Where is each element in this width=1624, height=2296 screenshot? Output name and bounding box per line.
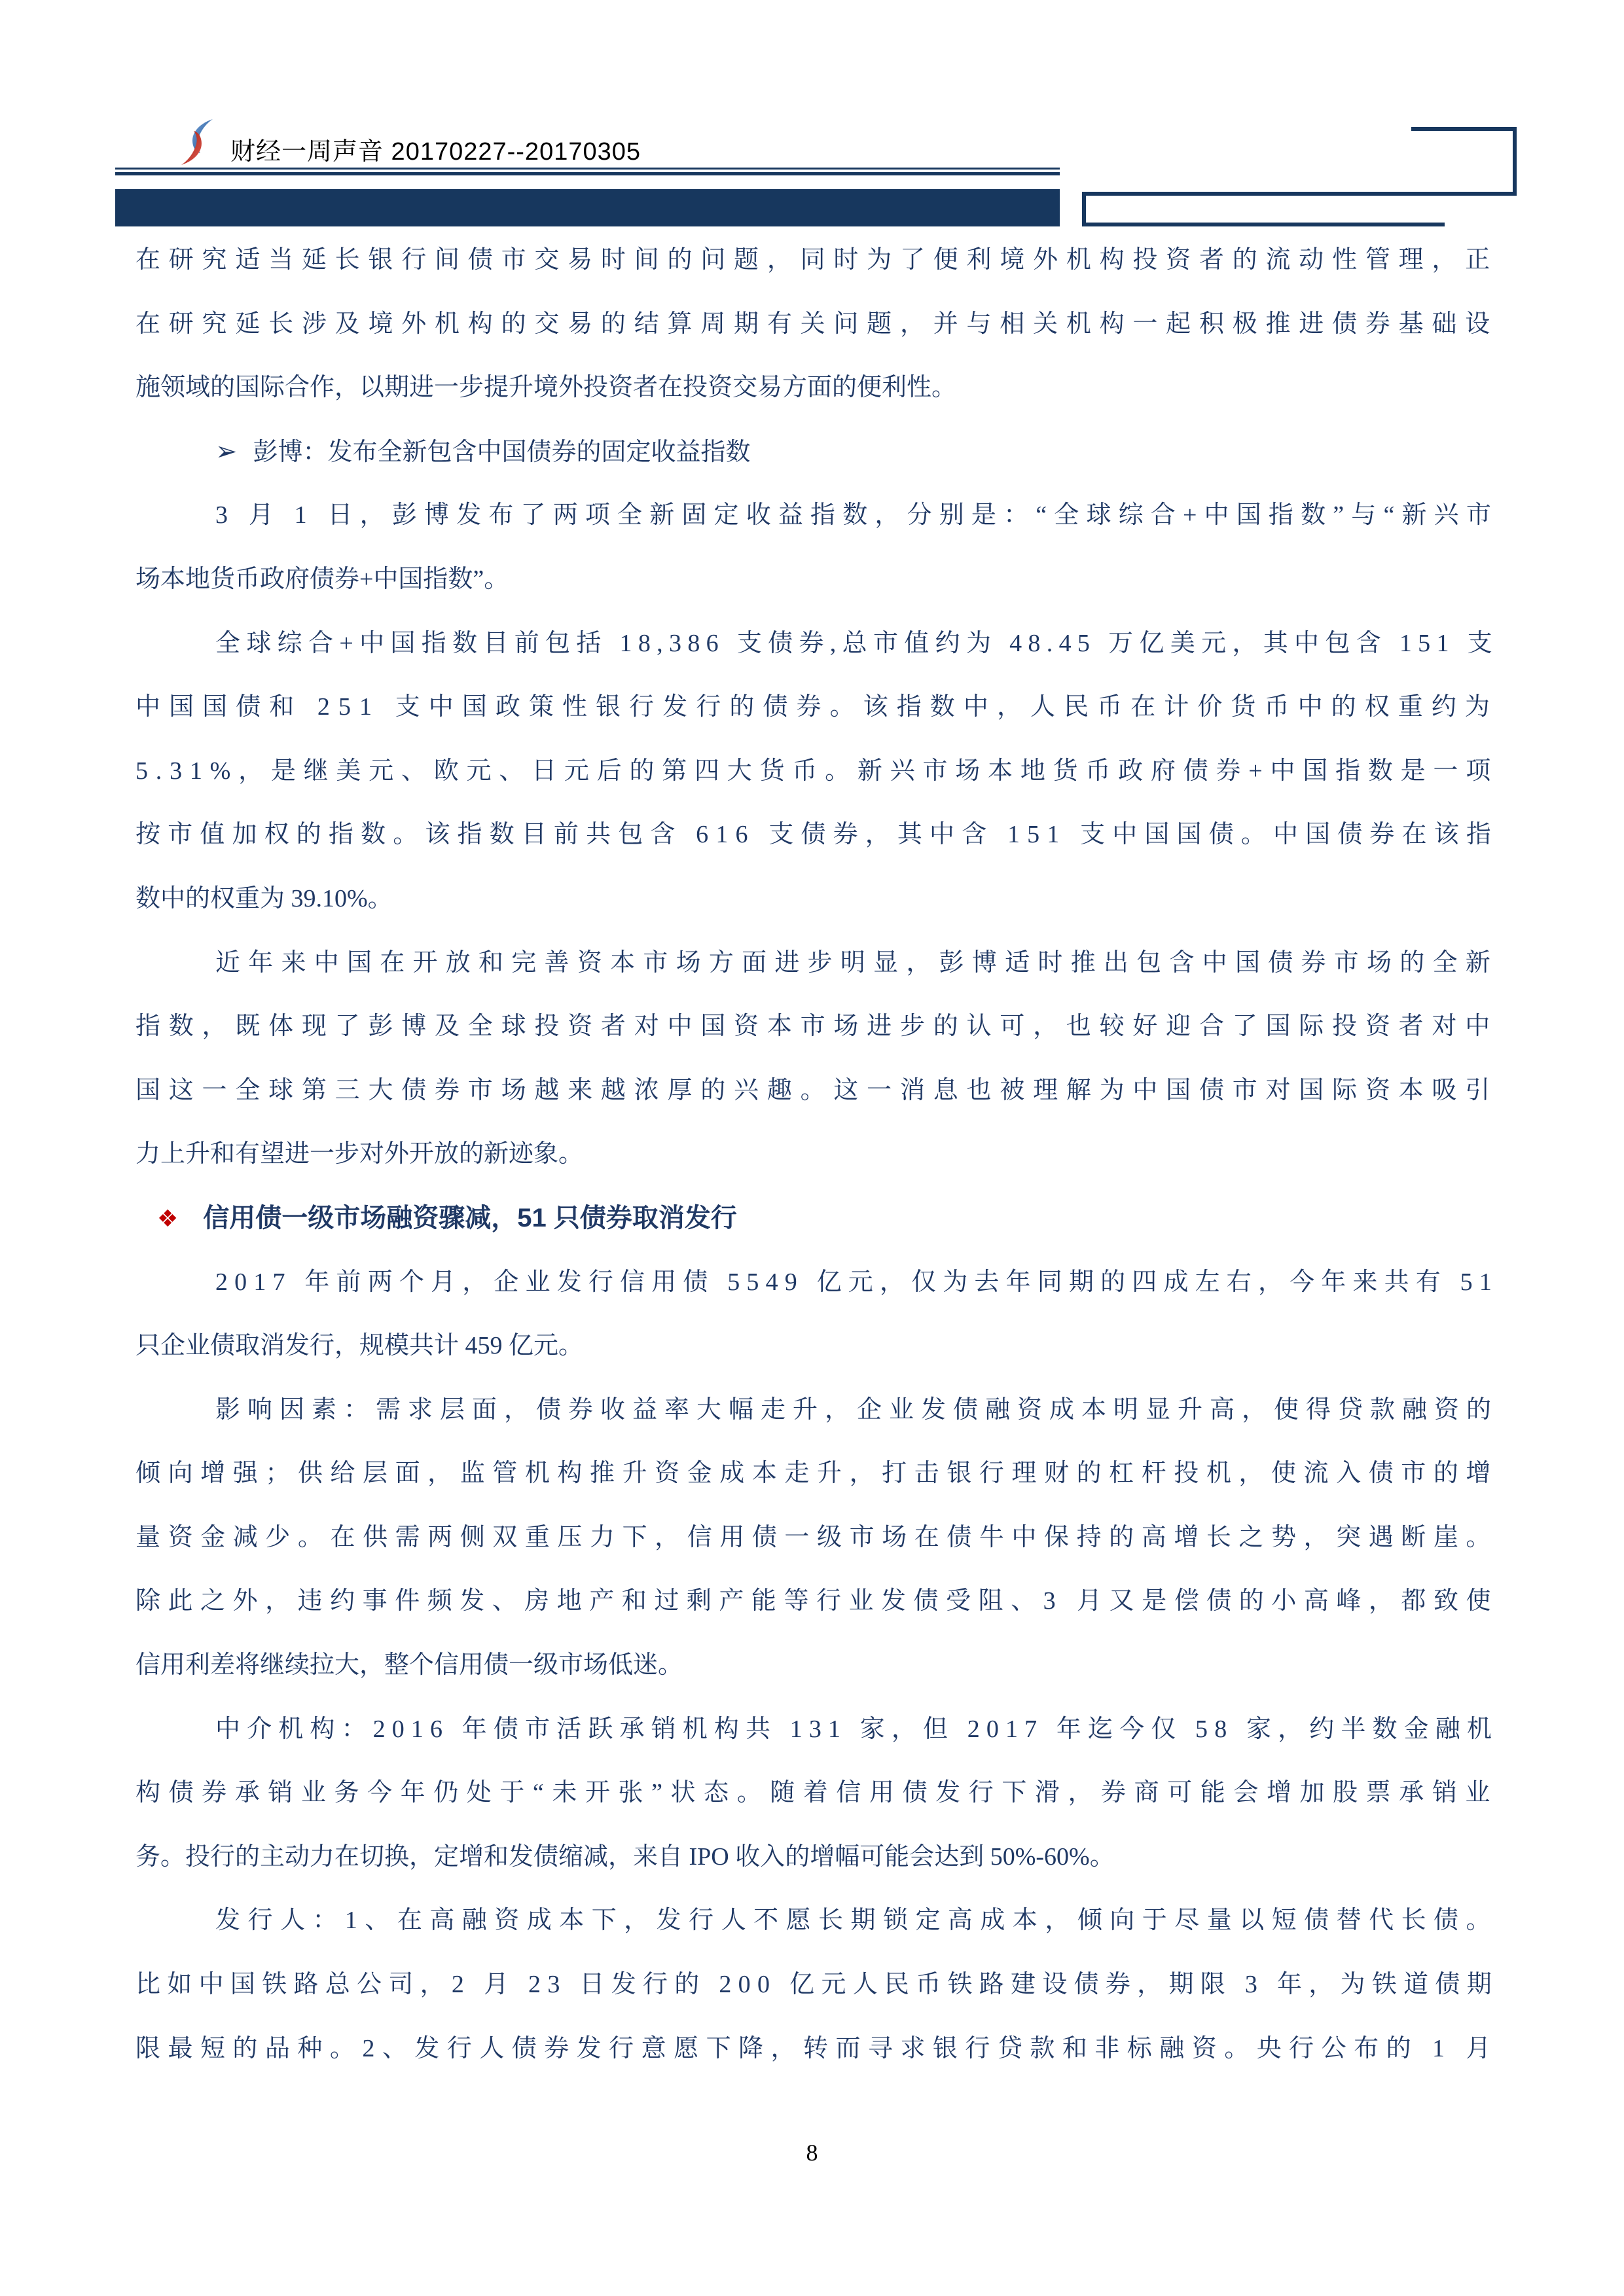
line-text: 施领域的国际合作，以期进一步提升境外投资者在投资交易方面的便利性。 <box>135 374 956 401</box>
line-text: 信用债一级市场融资骤减，51 只债券取消发行 <box>203 1204 737 1232</box>
body-text-line: 中国国债和 251 支中国政策性银行发行的债券。该指数中，人民币在计价货币中的权… <box>135 675 1498 740</box>
line-text: 在研究适当延长银行间债市交易时间的问题，同时为了便利境外机构投资者的流动性管理，… <box>135 246 1498 274</box>
body-text-line: 力上升和有望进一步对外开放的新迹象。 <box>135 1122 1498 1187</box>
line-text: 只企业债取消发行，规模共计 459 亿元。 <box>135 1332 583 1359</box>
body-text-line: 3 月 1 日，彭博发布了两项全新固定收益指数，分别是：“全球综合+中国指数”与… <box>135 484 1498 548</box>
line-text: 在研究延长涉及境外机构的交易的结算周期有关问题，并与相关机构一起积极推进债券基础… <box>135 310 1498 338</box>
line-text: 全球综合+中国指数目前包括 18,386 支债券,总市值约为 48.45 万亿美… <box>215 630 1498 657</box>
body-text-line: 限最短的品种。2、发行人债券发行意愿下降，转而寻求银行贷款和非标融资。央行公布的… <box>135 2017 1498 2081</box>
line-text: 务。投行的主动力在切换，定增和发债缩减，来自 IPO 收入的增幅可能会达到 50… <box>135 1843 1115 1871</box>
body-text-line: 发行人：1、在高融资成本下，发行人不愿长期锁定高成本，倾向于尽量以短债替代长债。 <box>135 1889 1498 1953</box>
body-text-line: 全球综合+中国指数目前包括 18,386 支债券,总市值约为 48.45 万亿美… <box>135 612 1498 676</box>
body-text-line: 倾向增强；供给层面，监管机构推升资金成本走升，打击银行理财的杠杆投机，使流入债市… <box>135 1442 1498 1506</box>
diamond-bullet-icon: ❖ <box>157 1206 178 1232</box>
body-text-line: 场本地货币政府债券+中国指数”。 <box>135 548 1498 612</box>
body-text-line: 数中的权重为 39.10%。 <box>135 867 1498 931</box>
line-text: 按市值加权的指数。该指数目前共包含 616 支债券，其中含 151 支中国国债。… <box>135 821 1498 848</box>
line-text: 发行人：1、在高融资成本下，发行人不愿长期锁定高成本，倾向于尽量以短债替代长债。 <box>215 1907 1498 1934</box>
line-text: 2017 年前两个月，企业发行信用债 5549 亿元，仅为去年同期的四成左右，今… <box>215 1268 1498 1296</box>
body-text-line: 务。投行的主动力在切换，定增和发债缩减，来自 IPO 收入的增幅可能会达到 50… <box>135 1825 1498 1890</box>
line-text: 中介机构：2016 年债市活跃承销机构共 131 家，但 2017 年迄今仅 5… <box>215 1715 1498 1743</box>
line-text: 中国国债和 251 支中国政策性银行发行的债券。该指数中，人民币在计价货币中的权… <box>135 693 1498 721</box>
arrow-bullet-icon: ➢ <box>215 437 238 467</box>
body-text-line: 构债券承销业务今年仍处于“未开张”状态。随着信用债发行下滑，券商可能会增加股票承… <box>135 1761 1498 1825</box>
body-text-line: 施领域的国际合作，以期进一步提升境外投资者在投资交易方面的便利性。 <box>135 356 1498 420</box>
line-text: 场本地货币政府债券+中国指数”。 <box>135 565 509 593</box>
line-text: 国这一全球第三大债券市场越来越浓厚的兴趣。这一消息也被理解为中国债市对国际资本吸… <box>135 1077 1498 1104</box>
page-number: 8 <box>0 2139 1624 2166</box>
line-text: 限最短的品种。2、发行人债券发行意愿下降，转而寻求银行贷款和非标融资。央行公布的… <box>135 2035 1498 2062</box>
line-text: 5.31%，是继美元、欧元、日元后的第四大货币。新兴市场本地货币政府债券+中国指… <box>135 757 1498 785</box>
line-text: 指数，既体现了彭博及全球投资者对中国资本市场进步的认可，也较好迎合了国际投资者对… <box>135 1013 1498 1040</box>
line-text: 信用利差将继续拉大，整个信用债一级市场低迷。 <box>135 1651 683 1679</box>
body-text-line: 比如中国铁路总公司，2 月 23 日发行的 200 亿元人民币铁路建设债券，期限… <box>135 1953 1498 2017</box>
line-text: 力上升和有望进一步对外开放的新迹象。 <box>135 1140 583 1168</box>
line-text: 近年来中国在开放和完善资本市场方面进步明显，彭博适时推出包含中国债券市场的全新 <box>215 949 1498 977</box>
body-text-line: 中介机构：2016 年债市活跃承销机构共 131 家，但 2017 年迄今仅 5… <box>135 1698 1498 1762</box>
document-page: 财经一周声音 20170227--20170305 在研究适当延长银行间债市交易… <box>0 0 1624 2296</box>
body-text-line: 除此之外，违约事件频发、房地产和过剩产能等行业发债受阻、3 月又是偿债的小高峰，… <box>135 1570 1498 1634</box>
body-text-line: 按市值加权的指数。该指数目前共包含 616 支债券，其中含 151 支中国国债。… <box>135 803 1498 867</box>
bullet-item: ➢彭博：发布全新包含中国债券的固定收益指数 <box>135 420 1498 484</box>
body-text-line: 信用利差将继续拉大，整个信用债一级市场低迷。 <box>135 1634 1498 1698</box>
body-text-line: 2017 年前两个月，企业发行信用债 5549 亿元，仅为去年同期的四成左右，今… <box>135 1251 1498 1315</box>
body-text-line: 指数，既体现了彭博及全球投资者对中国资本市场进步的认可，也较好迎合了国际投资者对… <box>135 995 1498 1059</box>
line-text: 倾向增强；供给层面，监管机构推升资金成本走升，打击银行理财的杠杆投机，使流入债市… <box>135 1460 1498 1487</box>
body-text-line: 影响因素：需求层面，债券收益率大幅走升，企业发债融资成本明显升高，使得贷款融资的 <box>135 1378 1498 1443</box>
line-text: 3 月 1 日，彭博发布了两项全新固定收益指数，分别是：“全球综合+中国指数”与… <box>215 501 1498 529</box>
line-text: 影响因素：需求层面，债券收益率大幅走升，企业发债融资成本明显升高，使得贷款融资的 <box>215 1396 1498 1424</box>
body-text-line: 只企业债取消发行，规模共计 459 亿元。 <box>135 1314 1498 1378</box>
corner-box-outline-path <box>1084 129 1515 224</box>
line-text: 数中的权重为 39.10%。 <box>135 885 393 912</box>
body-text-line: 量资金减少。在供需两侧双重压力下，信用债一级市场在债牛中保持的高增长之势，突遇断… <box>135 1506 1498 1570</box>
body-text-line: 在研究适当延长银行间债市交易时间的问题，同时为了便利境外机构投资者的流动性管理，… <box>135 228 1498 293</box>
line-text: 量资金减少。在供需两侧双重压力下，信用债一级市场在债牛中保持的高增长之势，突遇断… <box>135 1524 1498 1551</box>
body-text-line: 近年来中国在开放和完善资本市场方面进步明显，彭博适时推出包含中国债券市场的全新 <box>135 931 1498 996</box>
line-text: 除此之外，违约事件频发、房地产和过剩产能等行业发债受阻、3 月又是偿债的小高峰，… <box>135 1587 1498 1615</box>
section-heading: ❖信用债一级市场融资骤减，51 只债券取消发行 <box>135 1187 1498 1251</box>
line-text: 彭博：发布全新包含中国债券的固定收益指数 <box>253 439 751 466</box>
body-text-line: 5.31%，是继美元、欧元、日元后的第四大货币。新兴市场本地货币政府债券+中国指… <box>135 740 1498 804</box>
body-text-line: 国这一全球第三大债券市场越来越浓厚的兴趣。这一消息也被理解为中国债市对国际资本吸… <box>135 1059 1498 1123</box>
header-corner-box-outlines <box>0 0 1624 262</box>
body-text-line: 在研究延长涉及境外机构的交易的结算周期有关问题，并与相关机构一起积极推进债券基础… <box>135 293 1498 357</box>
document-body: 在研究适当延长银行间债市交易时间的问题，同时为了便利境外机构投资者的流动性管理，… <box>135 228 1498 2081</box>
line-text: 比如中国铁路总公司，2 月 23 日发行的 200 亿元人民币铁路建设债券，期限… <box>135 1971 1498 1998</box>
line-text: 构债券承销业务今年仍处于“未开张”状态。随着信用债发行下滑，券商可能会增加股票承… <box>135 1779 1498 1806</box>
